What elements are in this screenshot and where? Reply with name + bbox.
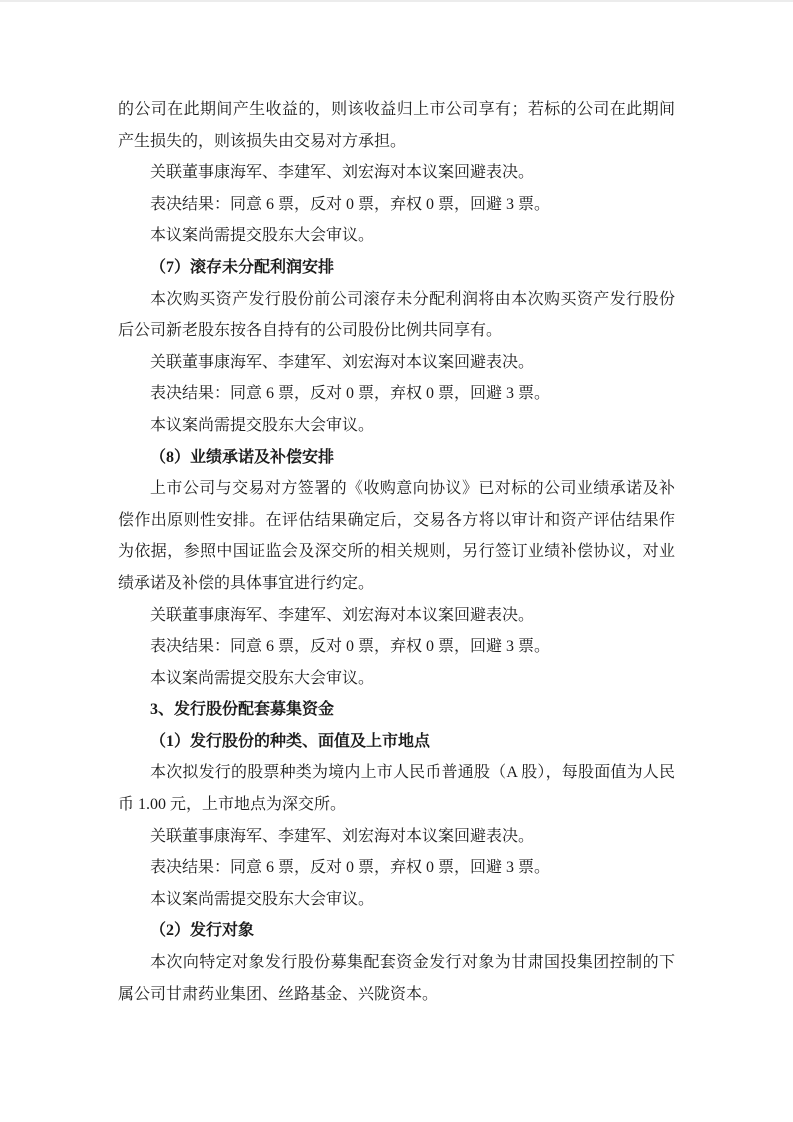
paragraph-related-directors: 关联董事康海军、李建军、刘宏海对本议案回避表决。 <box>118 600 675 632</box>
paragraph-related-directors: 关联董事康海军、李建军、刘宏海对本议案回避表决。 <box>118 347 675 379</box>
paragraph-submit-shareholders: 本议案尚需提交股东大会审议。 <box>118 663 675 695</box>
paragraph: 本次购买资产发行股份前公司滚存未分配利润将由本次购买资产发行股份后公司新老股东按… <box>118 284 675 347</box>
paragraph: 上市公司与交易对方签署的《收购意向协议》已对标的公司业绩承诺及补偿作出原则性安排… <box>118 473 675 599</box>
page-top-edge <box>0 0 793 2</box>
section-heading-8: （8）业绩承诺及补偿安排 <box>118 442 675 474</box>
paragraph-vote-result: 表决结果：同意 6 票，反对 0 票，弃权 0 票，回避 3 票。 <box>118 631 675 663</box>
paragraph-continuation: 的公司在此期间产生收益的，则该收益归上市公司享有；若标的公司在此期间产生损失的，… <box>118 94 675 157</box>
section-heading-3-2: （2）发行对象 <box>118 915 675 947</box>
paragraph: 本次拟发行的股票种类为境内上市人民币普通股（A 股），每股面值为人民币 1.00… <box>118 757 675 820</box>
paragraph-submit-shareholders: 本议案尚需提交股东大会审议。 <box>118 220 675 252</box>
document-body: 的公司在此期间产生收益的，则该收益归上市公司享有；若标的公司在此期间产生损失的，… <box>118 94 675 1010</box>
paragraph-vote-result: 表决结果：同意 6 票，反对 0 票，弃权 0 票，回避 3 票。 <box>118 189 675 221</box>
section-heading-7: （7）滚存未分配利润安排 <box>118 252 675 284</box>
paragraph-vote-result: 表决结果：同意 6 票，反对 0 票，弃权 0 票，回避 3 票。 <box>118 852 675 884</box>
paragraph-related-directors: 关联董事康海军、李建军、刘宏海对本议案回避表决。 <box>118 157 675 189</box>
section-heading-3-1: （1）发行股份的种类、面值及上市地点 <box>118 726 675 758</box>
paragraph-submit-shareholders: 本议案尚需提交股东大会审议。 <box>118 410 675 442</box>
paragraph-submit-shareholders: 本议案尚需提交股东大会审议。 <box>118 884 675 916</box>
document-page: 的公司在此期间产生收益的，则该收益归上市公司享有；若标的公司在此期间产生损失的，… <box>0 0 793 1122</box>
paragraph-vote-result: 表决结果：同意 6 票，反对 0 票，弃权 0 票，回避 3 票。 <box>118 378 675 410</box>
paragraph-related-directors: 关联董事康海军、李建军、刘宏海对本议案回避表决。 <box>118 821 675 853</box>
section-heading-3: 3、发行股份配套募集资金 <box>118 694 675 726</box>
paragraph: 本次向特定对象发行股份募集配套资金发行对象为甘肃国投集团控制的下属公司甘肃药业集… <box>118 947 675 1010</box>
